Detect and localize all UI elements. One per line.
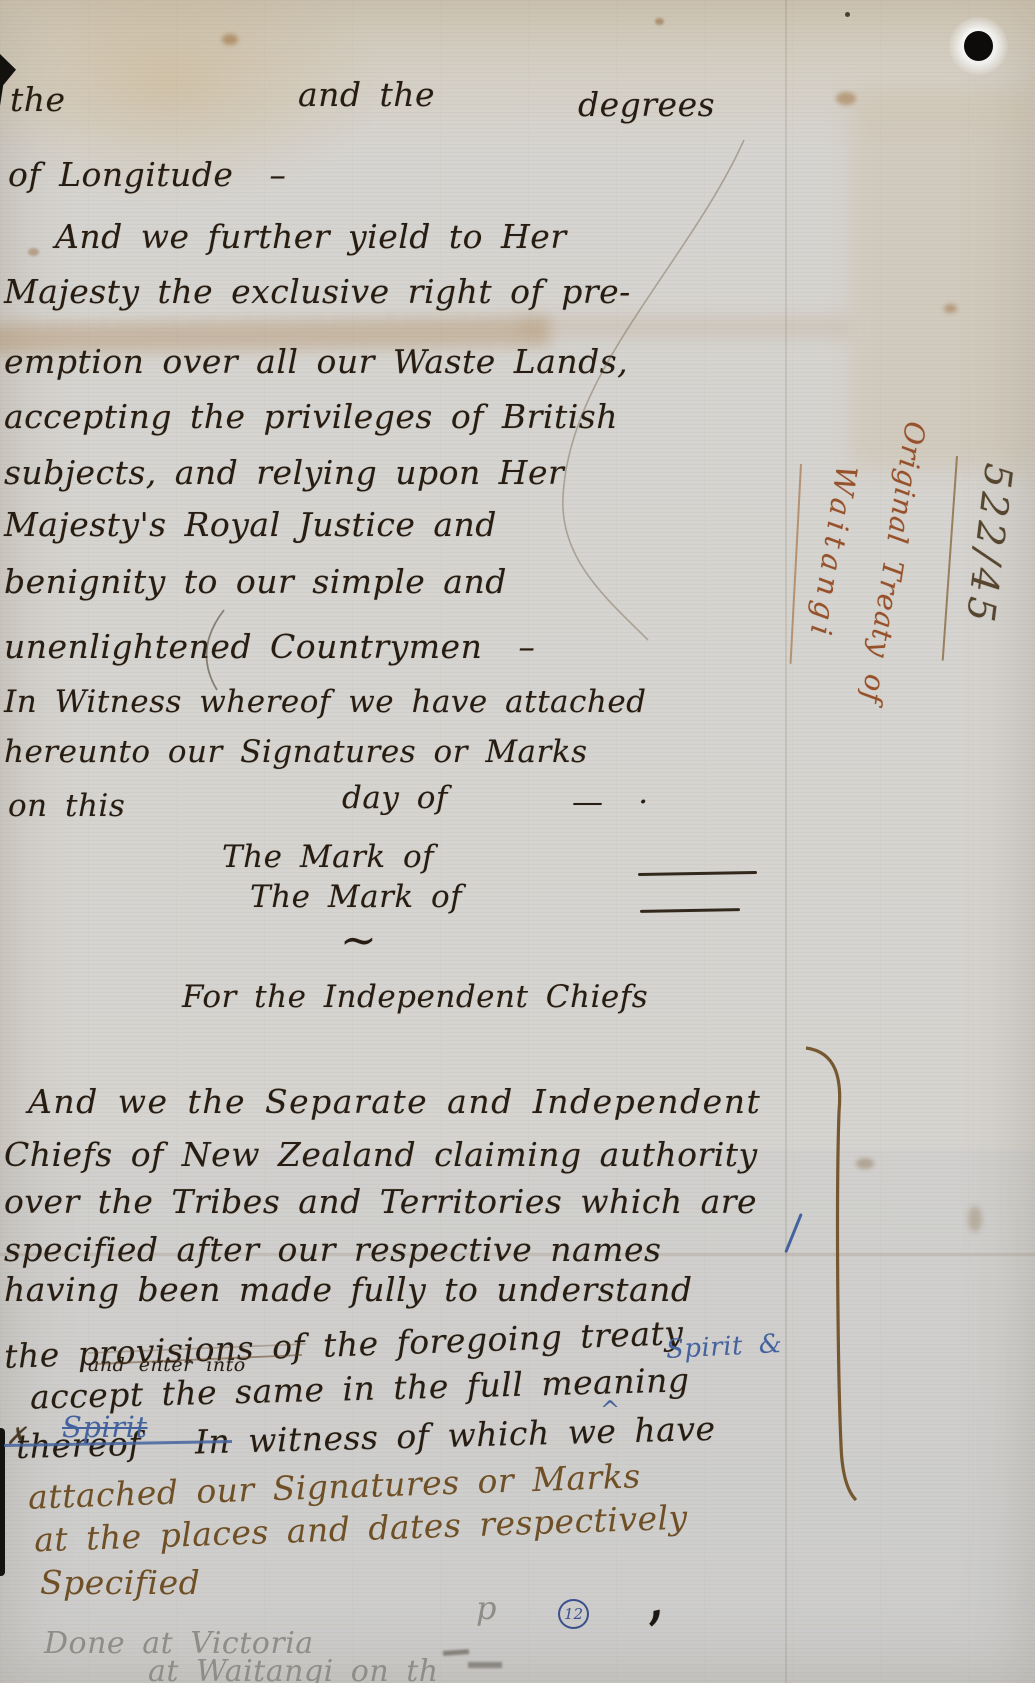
foxing-spot [856,1158,874,1169]
margin-reference-number: 522/45 [958,461,1018,628]
stain-right-margin [850,90,1035,470]
struck-word-spirit: Spirit [62,1412,148,1442]
signature-blank-line [638,871,757,876]
day-blank-dash: — · [572,786,649,819]
stain-fold-band-tail [520,316,850,338]
manuscript-line: degrees [578,88,715,123]
page-number-circle: 12 [558,1599,589,1629]
foxing-spot [655,18,664,25]
punch-hole [964,31,993,61]
manuscript-line: specified after our respective names [4,1233,661,1268]
manuscript-line: Specified [40,1566,200,1601]
manuscript-line: benignity to our simple and [4,565,507,600]
pencil-note-line: at Waitangi on th [148,1656,439,1683]
manuscript-line: and the [298,78,435,113]
manuscript-line: emption over all our Waste Lands, [4,345,628,380]
fold-crease-vertical [785,0,787,1683]
manuscript-line: And we further yield to Her [55,220,567,255]
manuscript-line: In Witness whereof we have attached [4,686,647,719]
manuscript-page: the and the degrees of Longitude – And w… [0,0,1035,1683]
manuscript-line: hereunto our Signatures or Marks [4,736,588,769]
foxing-spot [968,1206,982,1232]
manuscript-line: Majesty the exclusive right of pre- [4,275,631,310]
manuscript-line: subjects, and relying upon Her [4,456,564,491]
blue-insertion-spirit: Spirit & [665,1331,783,1364]
manuscript-line: For the Independent Chiefs [182,981,648,1014]
foxing-spot [836,92,856,105]
blue-caret: ^ [600,1398,621,1423]
manuscript-line: the [10,83,66,118]
manuscript-line: The Mark of [250,881,462,914]
manuscript-line: And we the Separate and Independent [28,1085,761,1120]
ink-blot-comma: , [640,1577,666,1628]
manuscript-line: Chiefs of New Zealand claiming authority [4,1138,758,1173]
faint-curve-stroke [563,140,744,640]
inserted-phrase: and enter into [88,1356,246,1376]
blue-slash-mark [784,1213,802,1253]
manuscript-line: on this [8,790,125,823]
margin-divider-line [942,456,958,661]
margin-endorsement-line1: Original Treaty of [856,419,930,705]
manuscript-line: having been made fully to understand [4,1273,693,1308]
signature-blank-line [640,908,740,913]
manuscript-line: Majesty's Royal Justice and [4,508,497,543]
margin-endorsement-line2: Waitangi [804,463,862,643]
manuscript-line: unenlightened Countrymen – [4,630,535,665]
foxing-spot [28,248,39,256]
squiggle-flourish: ~ [340,918,377,964]
manuscript-line: over the Tribes and Territories which ar… [4,1185,757,1220]
manuscript-line: accepting the privileges of British [4,400,618,435]
ink-speck [845,12,850,17]
pencil-letter-p: p [476,1592,497,1626]
pencil-smudge [468,1662,502,1668]
manuscript-line: day of [342,782,448,815]
endorsement-underline [790,464,802,664]
foxing-spot [944,304,957,313]
foxing-spot [222,34,238,45]
manuscript-line: of Longitude – [8,158,286,193]
stain-warm-top [0,0,1035,150]
pencil-smudge [443,1649,469,1656]
scan-edge-notch [0,1428,5,1576]
strike-cross: ✗ [6,1424,27,1449]
manuscript-line: The Mark of [222,841,434,874]
right-margin-bracket [806,1048,856,1500]
